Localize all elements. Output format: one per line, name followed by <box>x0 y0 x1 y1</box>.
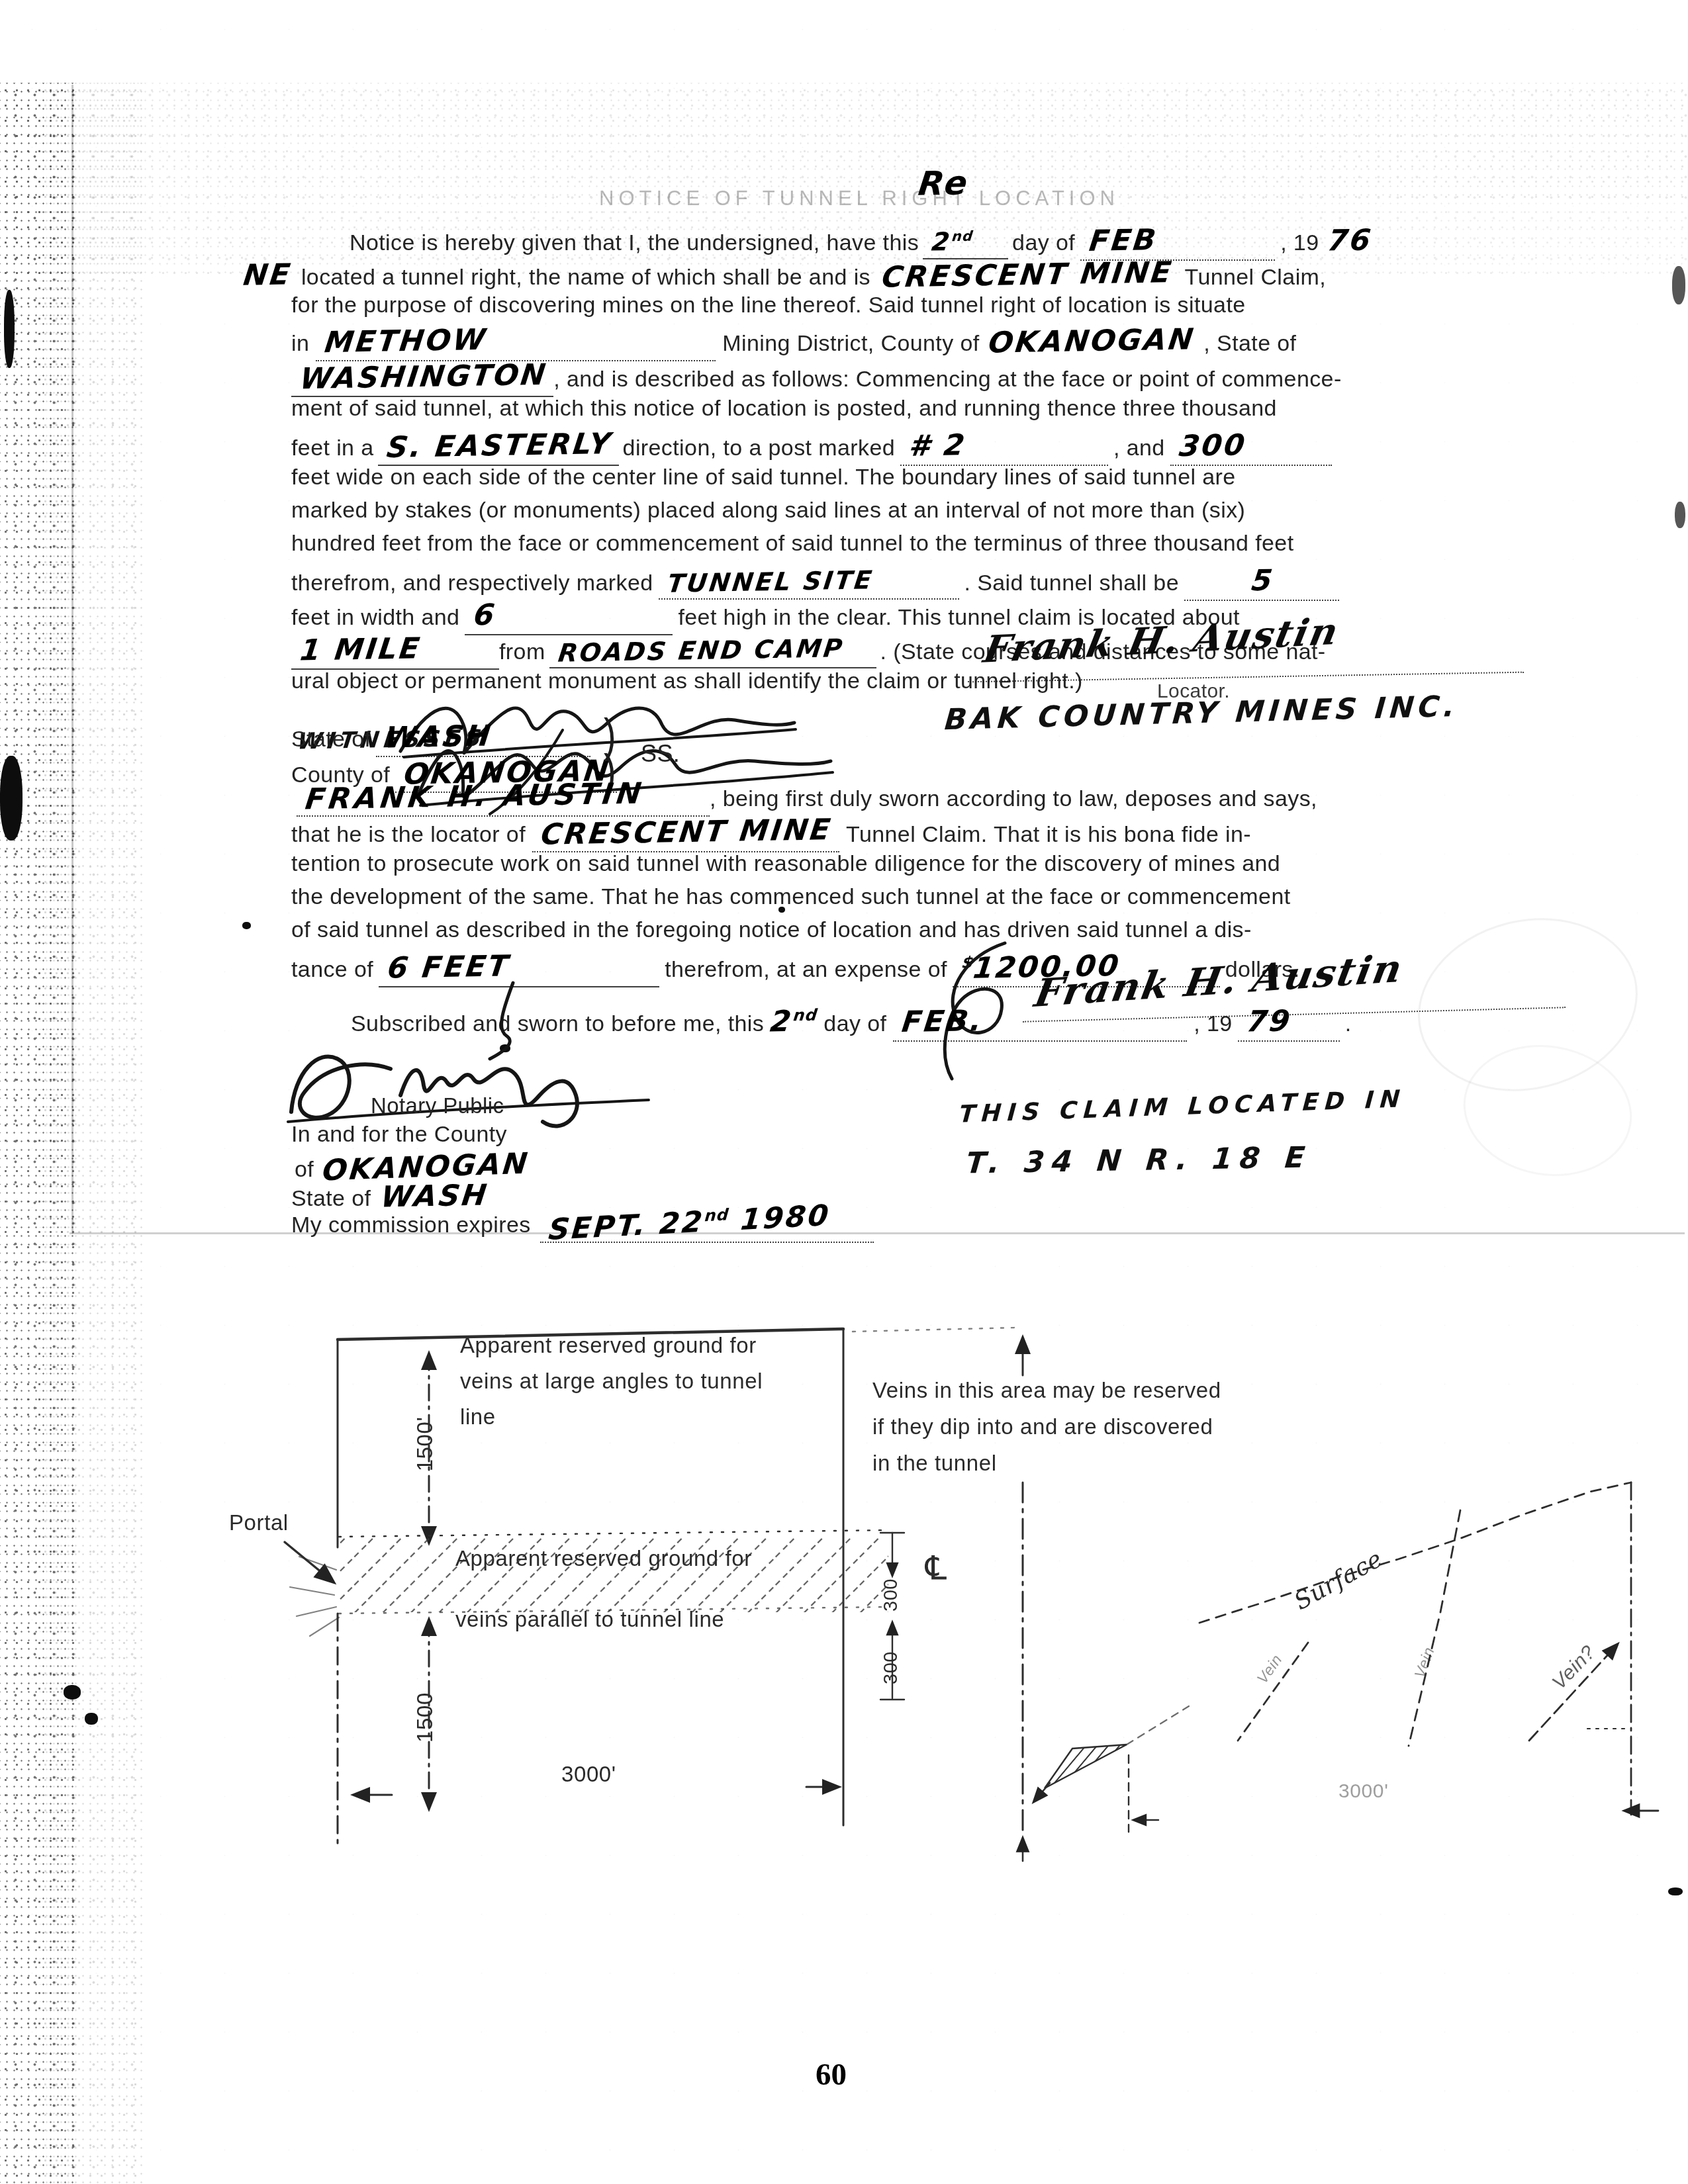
direction-entry: S. EASTERLY <box>385 427 614 465</box>
affidavit-line-3: tention to prosecute work on said tunnel… <box>291 851 1280 877</box>
line11-pre: therefrom, and respectively marked <box>291 570 653 596</box>
marked-entry: TUNNEL SITE <box>665 565 874 598</box>
section-dim-3000: 3000' <box>1338 1780 1388 1803</box>
page-number: 60 <box>816 2057 847 2093</box>
width-entry: 300 <box>1177 428 1248 463</box>
ink-blot <box>4 290 15 368</box>
month-entry: FEB <box>1088 223 1160 258</box>
line1-mid: day of <box>1012 230 1075 256</box>
ink-blot <box>1672 266 1685 304</box>
plan-view <box>285 1328 1023 1861</box>
form-line-8: feet wide on each side of the center lin… <box>291 465 1236 490</box>
jurat-end: . <box>1345 1011 1352 1037</box>
affidavit-claim-entry: CRESCENT MINE <box>539 813 834 852</box>
notary-title: Notary Public <box>371 1093 504 1118</box>
affidavit-line2-pre: that he is the locator of <box>291 822 526 848</box>
ss-label: SS. <box>641 740 680 768</box>
year-entry: 76 <box>1326 223 1375 257</box>
notary-expires-entry: SEPT. 22nd 1980 <box>547 1199 831 1247</box>
line1-year-pre: , 19 <box>1280 230 1319 256</box>
tunnel-width-entry: 5 <box>1250 564 1276 598</box>
form-line-9: marked by stakes (or monuments) placed a… <box>291 498 1245 523</box>
affidavit-line-4: the development of the same. That he has… <box>291 884 1291 910</box>
ink-speck <box>242 922 251 929</box>
affidavit-line2-post: Tunnel Claim. That it is his bona fide i… <box>846 822 1251 848</box>
line12-pre: feet in width and <box>291 605 459 631</box>
line11-mid: . Said tunnel shall be <box>964 570 1179 596</box>
affidavit-line-2: that he is the locator of CRESCENT MINE … <box>291 815 1251 852</box>
scan-noise-left-wide <box>40 83 146 2184</box>
reserved-note-line2: if they dip into and are discovered <box>872 1414 1213 1439</box>
form-page-edge-vertical <box>71 85 73 1234</box>
state-label: State of <box>291 727 371 752</box>
ne-annotation: NE <box>242 257 294 292</box>
landmark-entry: ROADS END CAMP <box>556 633 845 668</box>
scan-noise-left <box>0 83 78 2184</box>
claim-located-line1: THIS CLAIM LOCATED IN <box>959 1085 1407 1128</box>
day-entry: 2nd <box>930 226 974 256</box>
reserved-note-line3: in the tunnel <box>872 1451 997 1476</box>
jurat-year-pre: , 19 <box>1194 1011 1232 1037</box>
locator-signature: Frank H. Austin <box>980 610 1342 672</box>
strip-note-line2: veins parallel to tunnel line <box>455 1607 724 1632</box>
form-line-1: Notice is hereby given that I, the under… <box>350 224 1373 261</box>
company-entry: BAK COUNTRY MINES INC. <box>943 690 1460 737</box>
form-line-5: WASHINGTON , and is described as follows… <box>291 360 1342 397</box>
notary-expires-line: My commission expires SEPT. 22nd 1980 <box>291 1206 874 1243</box>
post-entry: # 2 <box>908 428 968 463</box>
distance-entry: 1 MILE <box>299 631 424 667</box>
line7-pre: feet in a <box>291 435 374 461</box>
claim-located-line2: T. 34 N R. 18 E <box>964 1140 1313 1180</box>
line2-text: located a tunnel right, the name of whic… <box>301 265 870 291</box>
centerline-symbol: ℄ <box>925 1549 947 1587</box>
strip-dim-300-upper: 300 <box>880 1578 902 1612</box>
strip-note-line1: Apparent reserved ground for <box>455 1546 752 1571</box>
plan-note-line1: Apparent reserved ground for <box>460 1333 757 1358</box>
notary-line-2: In and for the County <box>291 1122 507 1148</box>
cross-section <box>1034 1482 1658 1832</box>
line7-and: , and <box>1113 435 1165 461</box>
form-line-2: NE located a tunnel right, the name of w… <box>244 258 1326 292</box>
ink-blot <box>0 756 23 841</box>
line5-post: , and is described as follows: Commencin… <box>553 367 1341 392</box>
form-line-7: feet in a S. EASTERLY direction, to a po… <box>291 429 1337 466</box>
ink-blot <box>64 1685 81 1700</box>
notary-expires-label: My commission expires <box>291 1212 531 1238</box>
district-entry: METHOW <box>323 323 489 359</box>
affidavit-line-1: FRANK H. AUSTIN , being first duly sworn… <box>297 780 1317 817</box>
plan-dim-1500-upper: 1500' <box>412 1417 438 1472</box>
plan-dim-3000: 3000' <box>561 1762 616 1787</box>
line7-mid: direction, to a post marked <box>623 435 895 461</box>
affidavit-line-5: of said tunnel as described in the foreg… <box>291 917 1252 943</box>
reserved-note-line1: Veins in this area may be reserved <box>872 1378 1221 1403</box>
line4-mid: Mining District, County of <box>722 331 979 357</box>
plan-note-line2: veins at large angles to tunnel <box>460 1369 763 1394</box>
claim-name-entry: CRESCENT MINE <box>880 255 1175 295</box>
affiant-name-entry: FRANK H. AUSTIN <box>303 777 646 817</box>
strip-dim-300-lower: 300 <box>880 1651 902 1684</box>
plan-dim-1500-lower: 1500 <box>412 1692 438 1743</box>
ink-blot <box>1675 502 1685 528</box>
line4-in: in <box>291 331 309 357</box>
form-line-10: hundred feet from the face or commenceme… <box>291 531 1293 557</box>
form-title: NOTICE OF TUNNEL RIGHT LOCATION <box>599 187 1119 210</box>
line4-post: , State of <box>1203 331 1296 357</box>
jurat-mid: day of <box>823 1011 886 1037</box>
form-line-3: for the purpose of discovering mines on … <box>291 293 1246 318</box>
re-annotation: Re <box>916 163 971 203</box>
line2-post: Tunnel Claim, <box>1184 265 1326 291</box>
scanned-document-page: NOTICE OF TUNNEL RIGHT LOCATION Re Notic… <box>0 0 1688 2184</box>
portal-label: Portal <box>229 1510 289 1535</box>
line13-from: from <box>499 639 545 665</box>
line1-text: Notice is hereby given that I, the under… <box>350 230 919 256</box>
venue-state-line: State of WASH <box>291 720 590 757</box>
ink-blot <box>85 1713 98 1725</box>
jurat-day-entry: 2nd <box>769 1004 820 1038</box>
claim-diagram <box>199 1271 1688 1972</box>
state-entry: WASHINGTON <box>298 358 549 396</box>
plan-note-line3: line <box>460 1404 496 1430</box>
jurat-year-entry: 79 <box>1244 1004 1293 1038</box>
form-line-11: therefrom, and respectively marked TUNNE… <box>291 564 1344 601</box>
tunnel-height-entry: 6 <box>472 598 498 633</box>
form-line-4: in METHOW Mining District, County of OKA… <box>291 324 1296 361</box>
form-line-6: ment of said tunnel, at which this notic… <box>291 396 1277 422</box>
venue-state-entry: WASH <box>383 719 494 755</box>
jurat-month-entry: FEB. <box>900 1004 986 1039</box>
county-entry: OKANOGAN <box>986 322 1197 359</box>
affidavit-line1-text: , being first duly sworn according to la… <box>710 786 1317 812</box>
